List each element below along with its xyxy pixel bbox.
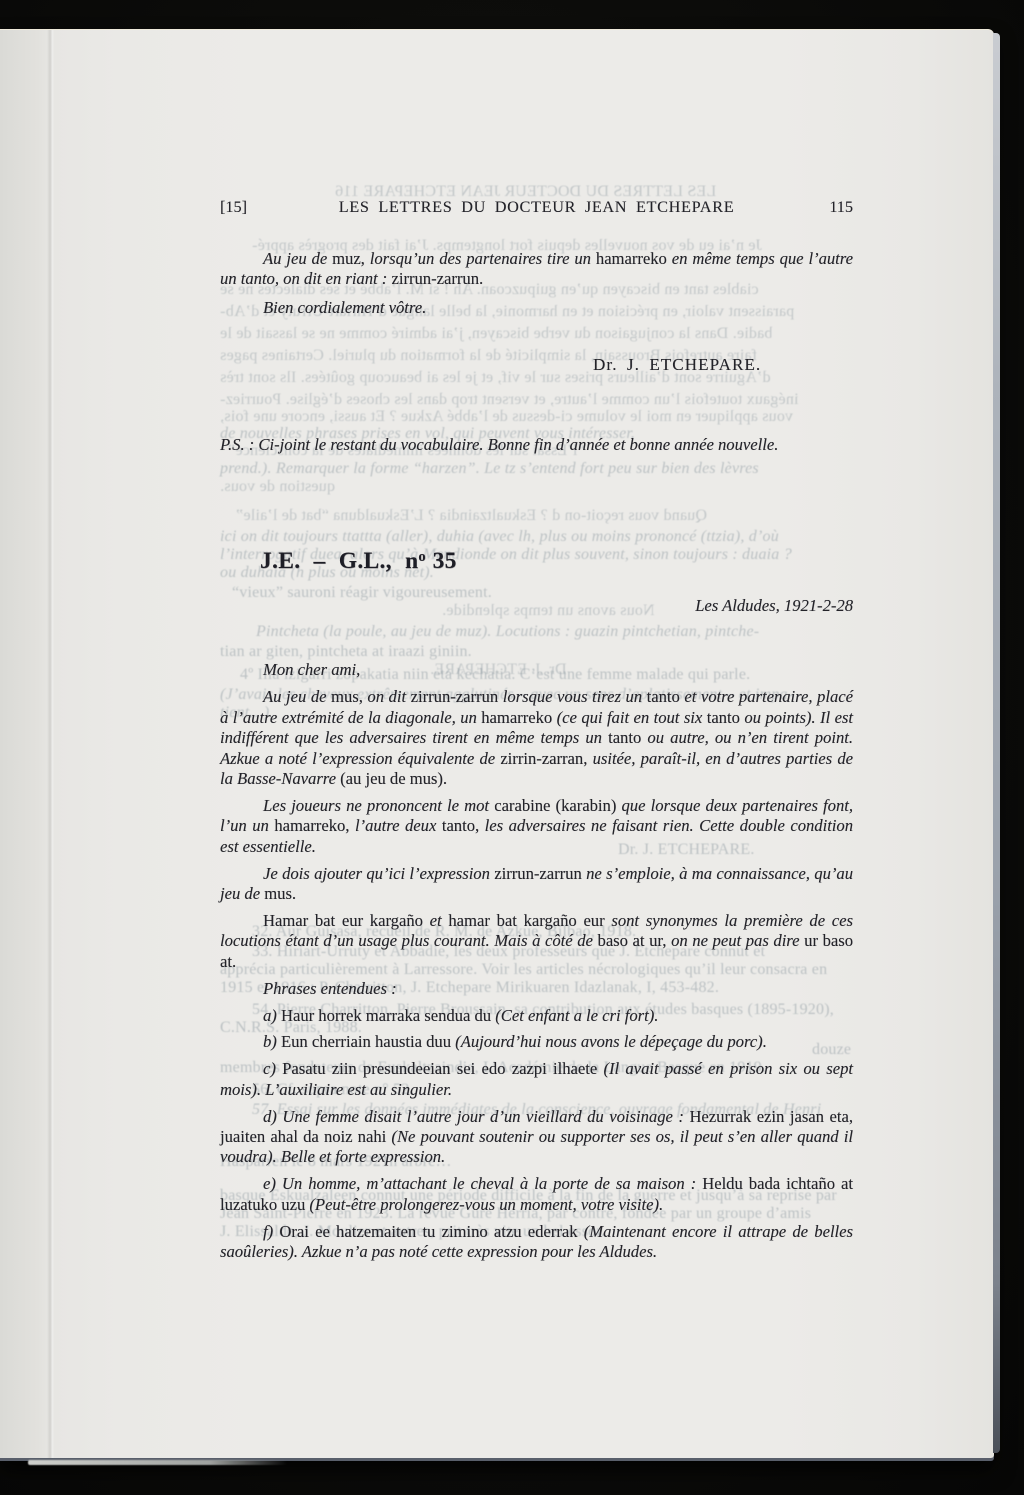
letter-paragraphs: Au jeu de mus, on dit zirrun-zarrun lors… — [220, 687, 853, 1262]
text-segment: tanto — [707, 708, 740, 727]
text-segment: mus, — [331, 687, 363, 706]
leaf-number: [15] — [220, 197, 316, 217]
page-number: 115 — [757, 197, 853, 217]
text-segment: baso at ur, — [598, 931, 667, 950]
under-page-sliver — [28, 1460, 288, 1465]
text-segment: tanto, — [442, 816, 479, 835]
text-segment: lorsque vous tirez un — [498, 687, 646, 706]
text-segment: (au jeu de mus). — [340, 769, 447, 788]
text-segment: on ne peut pas dire — [666, 931, 804, 950]
text-segment: Au jeu de — [263, 687, 331, 706]
text-segment: a) — [263, 1006, 281, 1025]
text-segment: hamar bat kargaño eur — [442, 911, 612, 930]
closing-paragraph: Au jeu de muz, lorsqu’un des partenaires… — [220, 249, 853, 290]
letter-paragraph: f) Orai ee hatzemaiten tu zimino atzu ed… — [220, 1222, 853, 1263]
text-segment: zirrun-zarrun. — [391, 269, 483, 288]
signature: Dr. J. ETCHEPARE. — [220, 355, 853, 375]
salutation: Mon cher ami, — [220, 660, 853, 680]
text-segment: Eun cherriain haustia duu — [281, 1032, 455, 1051]
letter-paragraph: Je dois ajouter qu’ici l’expression zirr… — [220, 864, 853, 905]
letter-heading-prefix: J.E. – G.L., n — [260, 548, 418, 574]
text-segment: Pasatu ziin presundeeian sei edo zazpi i… — [282, 1059, 603, 1078]
text-segment: Hamar bat eur kargaño — [263, 911, 430, 930]
text-segment: (ce qui fait en tout six — [552, 708, 707, 727]
text-segment: b) — [263, 1032, 281, 1051]
text-segment: Orai ee hatzemaiten tu zimino atzu ederr… — [279, 1222, 583, 1241]
text-segment: Les joueurs ne prononcent le mot — [263, 796, 494, 815]
dateline: Les Aldudes, 1921-2-28 — [220, 596, 853, 616]
letter-paragraph: Au jeu de mus, on dit zirrun-zarrun lors… — [220, 687, 853, 789]
text-segment: (Cet enfant a le cri fort). — [495, 1006, 658, 1025]
text-segment: on dit — [363, 687, 411, 706]
letter-heading: J.E. – G.L., no35 — [260, 548, 853, 575]
gutter-crease — [47, 30, 54, 1458]
text-segment: P.S. : Ci-joint le restant du vocabulair… — [220, 435, 778, 454]
text-segment: zirrin-zarran, — [500, 749, 587, 768]
text-segment: f) — [263, 1222, 279, 1241]
text-segment: mus. — [264, 884, 296, 903]
valediction: Bien cordialement vôtre. — [220, 298, 853, 318]
letter-paragraph: b) Eun cherriain haustia duu (Aujourd’hu… — [220, 1032, 853, 1052]
letter-paragraph: a) Haur horrek marraka sendua du (Cet en… — [220, 1006, 853, 1026]
book-scan-scene: LES LETTRES DU DOCTEUR JEAN ETCHEPARE 11… — [0, 0, 1024, 1495]
letter-paragraph: Hamar bat eur kargaño et hamar bat karga… — [220, 911, 853, 972]
letter-paragraph: d) Une femme disait l’autre jour d’un vi… — [220, 1107, 853, 1168]
letter-heading-ordinal: o — [418, 549, 425, 565]
letter-paragraph: Les joueurs ne prononcent le mot carabin… — [220, 796, 853, 857]
text-segment: e) Un homme, m’attachant le cheval à la … — [263, 1174, 702, 1193]
running-title: LES LETTRES DU DOCTEUR JEAN ETCHEPARE — [316, 197, 757, 217]
text-segment: zirrun-zarrun — [494, 864, 582, 883]
text-segment: Au jeu de — [263, 249, 332, 268]
text-segment: l’autre deux — [349, 816, 441, 835]
running-header: [15] LES LETTRES DU DOCTEUR JEAN ETCHEPA… — [220, 197, 853, 217]
text-segment: carabine (karabin) — [494, 796, 616, 815]
text-segment: tanto — [647, 687, 680, 706]
text-segment: (Aujourd’hui nous avons le dépeçage du p… — [455, 1032, 767, 1051]
text-segment: d) Une femme disait l’autre jour d’un vi… — [263, 1107, 689, 1126]
text-segment: hamarreko — [481, 708, 552, 727]
text-segment: lorsqu’un des partenaires tire un — [365, 249, 596, 268]
letter-paragraph: c) Pasatu ziin presundeeian sei edo zazp… — [220, 1059, 853, 1100]
text-segment: hamarreko, — [274, 816, 349, 835]
postscript: P.S. : Ci-joint le restant du vocabulair… — [220, 435, 853, 455]
letter-paragraph: Phrases entendues : — [220, 979, 853, 999]
page-content: [15] LES LETTRES DU DOCTEUR JEAN ETCHEPA… — [220, 197, 853, 1263]
text-segment: zirrun-zarrun — [411, 687, 499, 706]
text-segment: Phrases entendues : — [263, 979, 397, 998]
page-stack-edge — [993, 33, 1000, 1453]
text-segment: c) — [263, 1059, 282, 1078]
text-segment: hamarreko — [596, 249, 667, 268]
letter-heading-number: 35 — [433, 548, 457, 574]
text-segment: et — [430, 911, 442, 930]
text-segment: tanto — [608, 728, 641, 747]
text-segment: (Peut-être prolongerez-vous un moment, v… — [309, 1195, 663, 1214]
text-segment: Je dois ajouter qu’ici l’expression — [263, 864, 494, 883]
text-segment: Haur horrek marraka sendua du — [281, 1006, 495, 1025]
text-segment: muz, — [332, 249, 365, 268]
letter-paragraph: e) Un homme, m’attachant le cheval à la … — [220, 1174, 853, 1215]
